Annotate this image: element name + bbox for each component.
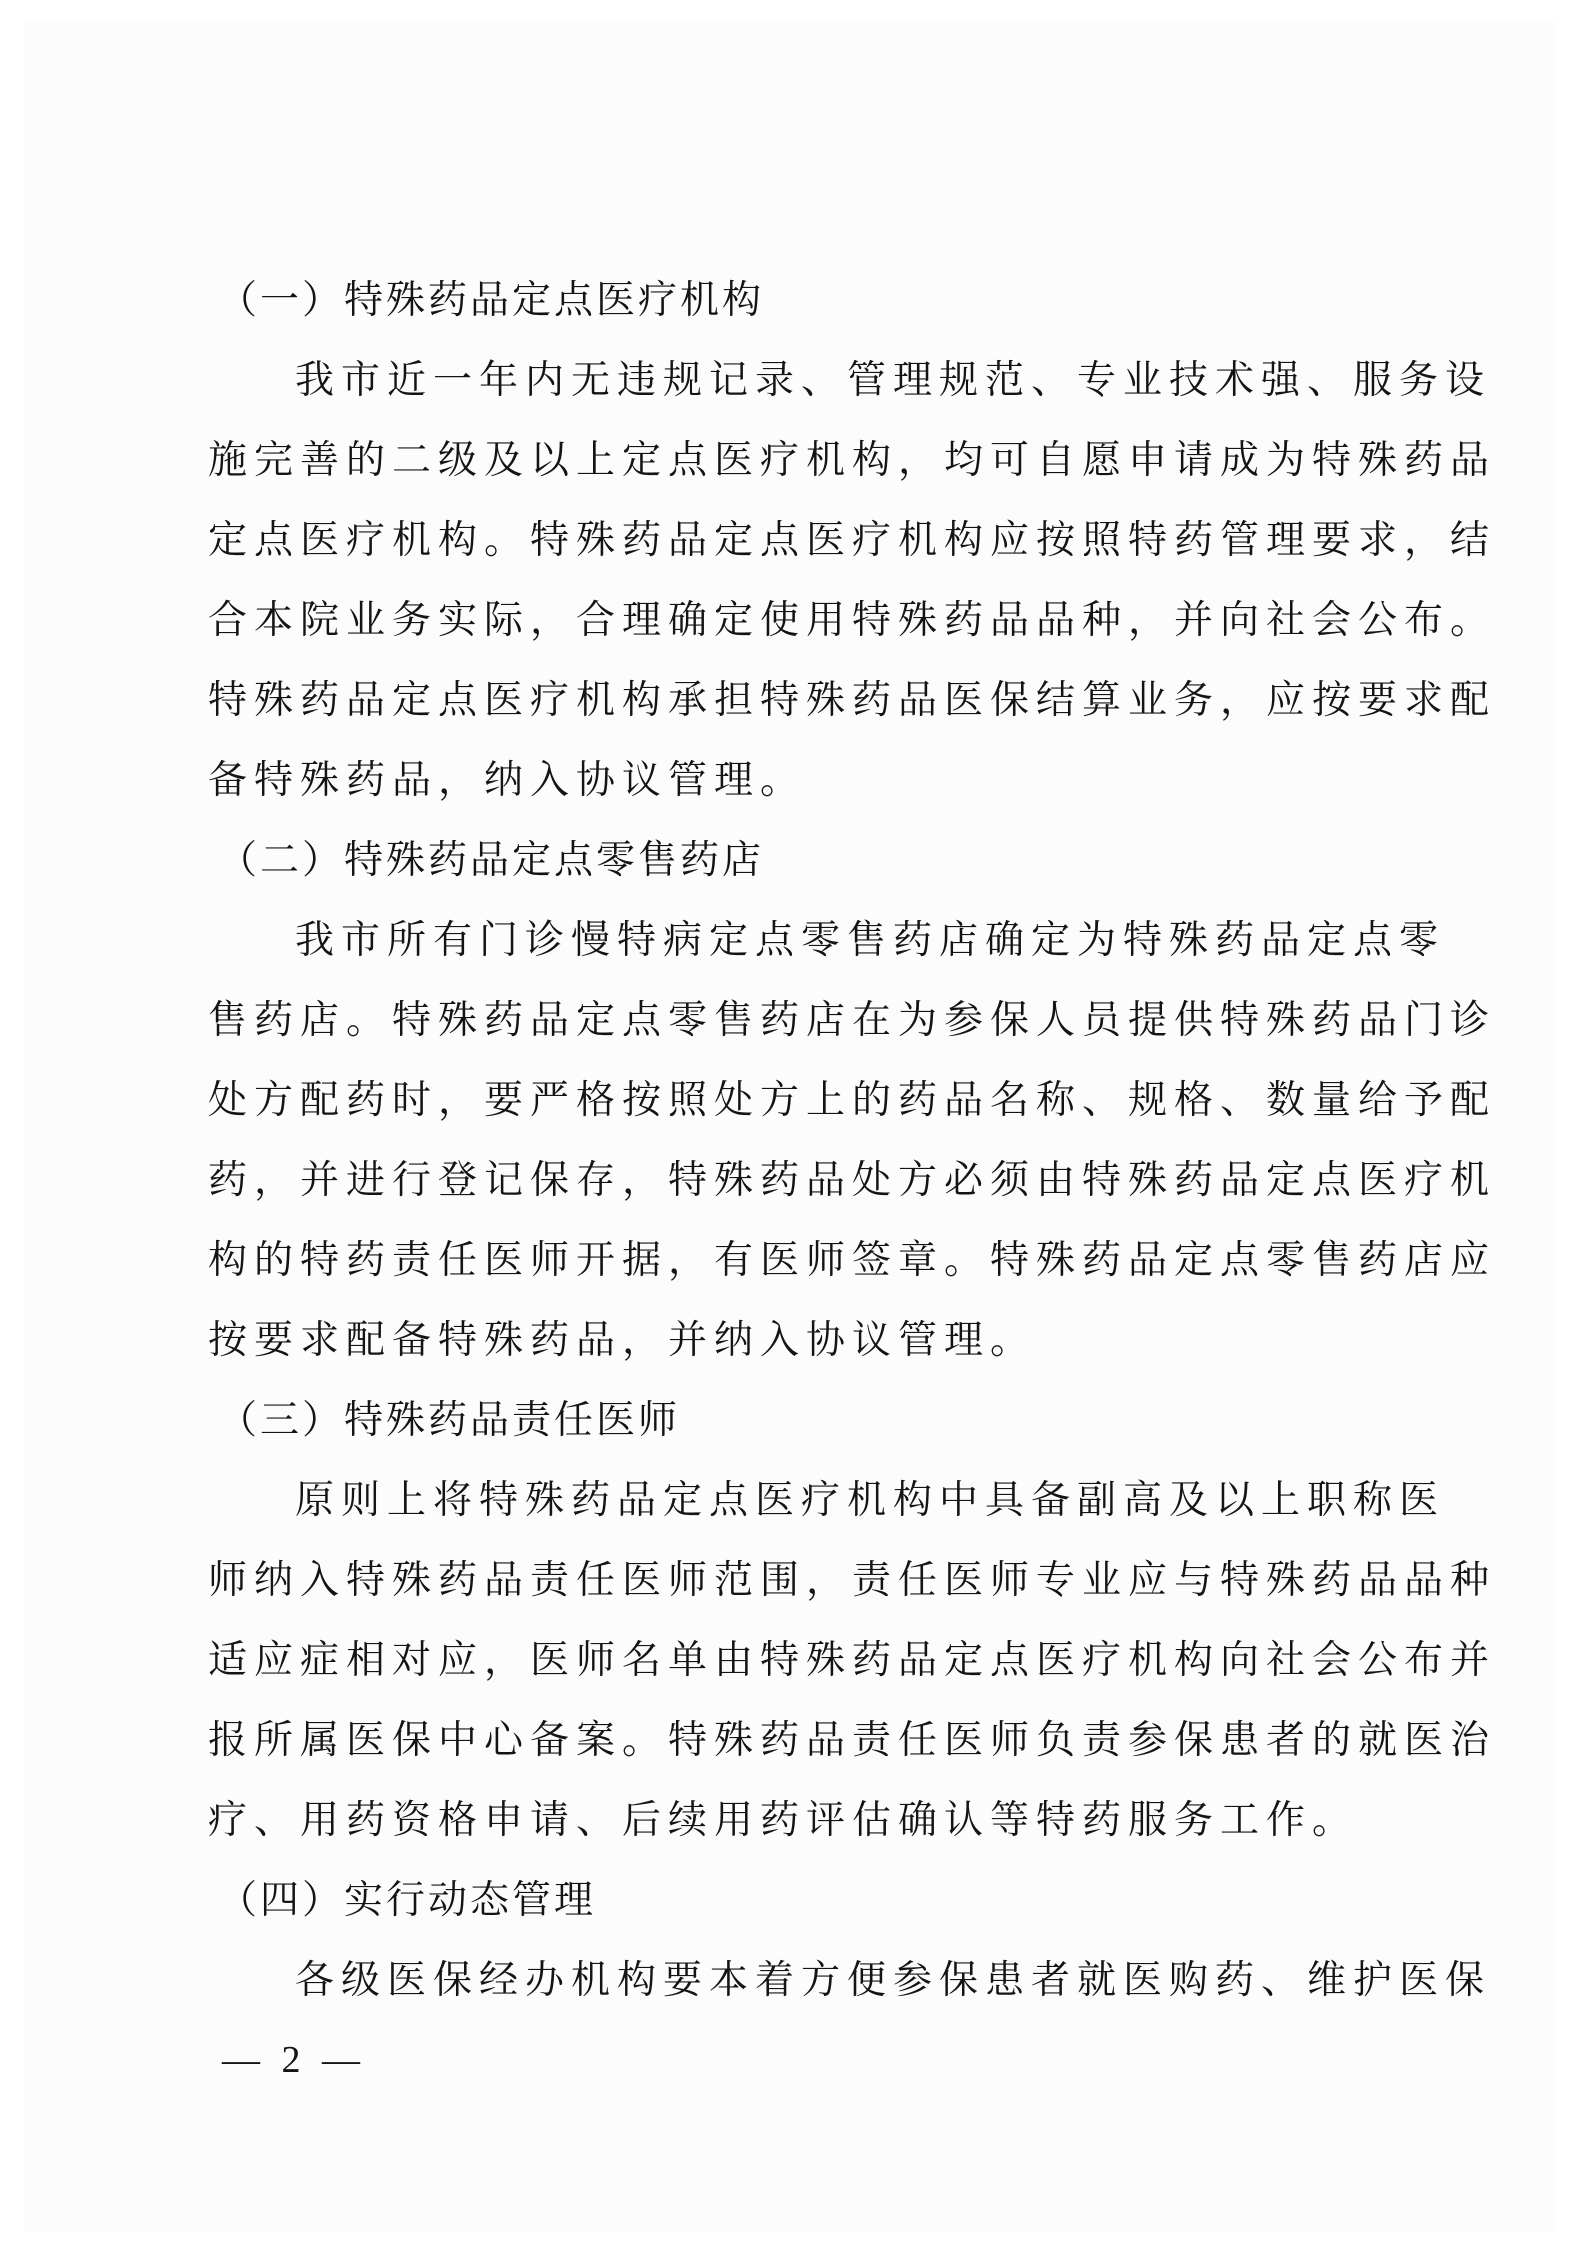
- paragraph-line: 特殊药品定点医疗机构承担特殊药品医保结算业务，应按要求配: [208, 676, 1496, 726]
- paragraph-line: 师纳入特殊药品责任医师范围，责任医师专业应与特殊药品品种: [208, 1556, 1496, 1606]
- paragraph-line: 疗、用药资格申请、后续用药评估确认等特药服务工作。: [208, 1796, 1358, 1846]
- paragraph-line: 原则上将特殊药品定点医疗机构中具备副高及以上职称医: [295, 1476, 1445, 1526]
- paragraph-line: 药，并进行登记保存，特殊药品处方必须由特殊药品定点医疗机: [208, 1156, 1496, 1206]
- section-heading: （一）特殊药品定点医疗机构: [218, 276, 764, 326]
- section-heading: （四）实行动态管理: [218, 1876, 596, 1926]
- paragraph-line: 售药店。特殊药品定点零售药店在为参保人员提供特殊药品门诊: [208, 996, 1496, 1046]
- paragraph-line: 施完善的二级及以上定点医疗机构，均可自愿申请成为特殊药品: [208, 436, 1496, 486]
- paragraph-line: 我市近一年内无违规记录、管理规范、专业技术强、服务设: [295, 356, 1491, 406]
- paragraph-line: 处方配药时，要严格按照处方上的药品名称、规格、数量给予配: [208, 1076, 1496, 1126]
- paragraph-line: 备特殊药品，纳入协议管理。: [208, 756, 806, 806]
- page-number: — 2 —: [222, 2035, 366, 2085]
- paragraph-line: 按要求配备特殊药品，并纳入协议管理。: [208, 1316, 1036, 1366]
- paragraph-line: 合本院业务实际，合理确定使用特殊药品品种，并向社会公布。: [208, 596, 1496, 646]
- section-heading: （三）特殊药品责任医师: [218, 1396, 680, 1446]
- paragraph-line: 适应症相对应，医师名单由特殊药品定点医疗机构向社会公布并: [208, 1636, 1496, 1686]
- section-heading: （二）特殊药品定点零售药店: [218, 836, 764, 886]
- paragraph-line: 各级医保经办机构要本着方便参保患者就医购药、维护医保: [295, 1956, 1491, 2006]
- paragraph-line: 报所属医保中心备案。特殊药品责任医师负责参保患者的就医治: [208, 1716, 1496, 1766]
- paragraph-line: 构的特药责任医师开据，有医师签章。特殊药品定点零售药店应: [208, 1236, 1496, 1286]
- paragraph-line: 我市所有门诊慢特病定点零售药店确定为特殊药品定点零: [295, 916, 1445, 966]
- paragraph-line: 定点医疗机构。特殊药品定点医疗机构应按照特药管理要求，结: [208, 516, 1496, 566]
